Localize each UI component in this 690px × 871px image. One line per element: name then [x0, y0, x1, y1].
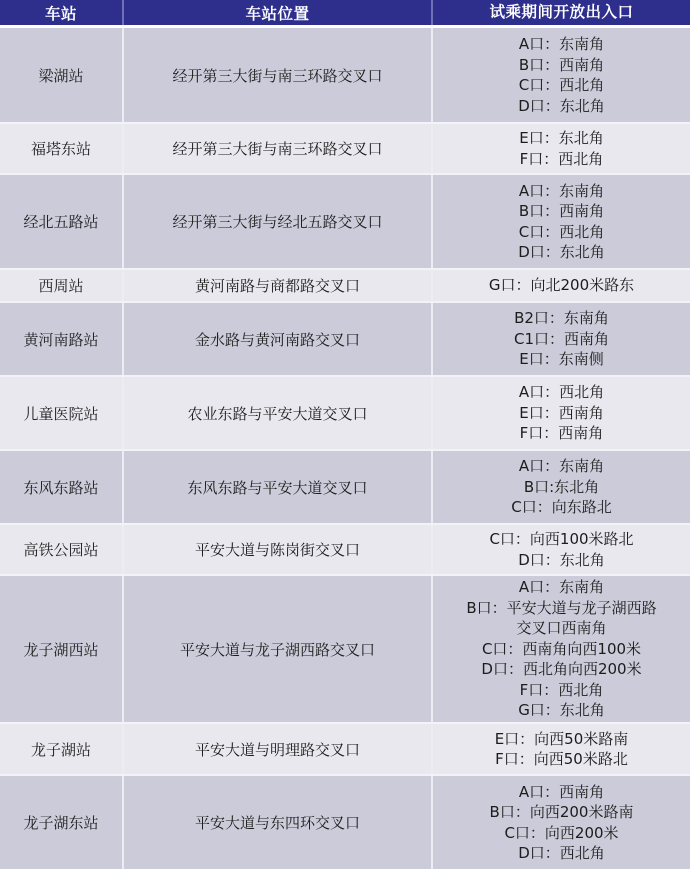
station-exits: E口：东北角 F口：西北角	[431, 124, 690, 173]
header-station: 车站	[0, 0, 122, 25]
station-name: 经北五路站	[0, 175, 122, 268]
exit-item: F口：西北角	[520, 680, 604, 701]
station-name: 福塔东站	[0, 124, 122, 173]
station-exits: A口：西南角 B口：向西200米路南 C口：向西200米 D口：西北角	[431, 776, 690, 869]
station-name: 龙子湖东站	[0, 776, 122, 869]
station-exits: A口：西北角 E口：西南角 F口：西南角	[431, 377, 690, 449]
station-location: 平安大道与龙子湖西路交叉口	[122, 576, 431, 722]
station-location: 经开第三大街与南三环路交叉口	[122, 124, 431, 173]
exit-item: E口：向西50米路南	[495, 729, 629, 750]
station-location: 经开第三大街与经北五路交叉口	[122, 175, 431, 268]
exit-item: B2口：东南角	[514, 308, 609, 329]
table-row: 高铁公园站 平安大道与陈岗街交叉口 C口：向西100米路北 D口：东北角	[0, 525, 690, 576]
table-row: 龙子湖西站 平安大道与龙子湖西路交叉口 A口：东南角 B口：平安大道与龙子湖西路…	[0, 576, 690, 724]
exit-item: B口：西南角	[519, 55, 604, 76]
exit-item: D口：东北角	[518, 96, 605, 117]
exit-item: F口：西北角	[520, 149, 604, 170]
station-name: 黄河南路站	[0, 303, 122, 375]
station-name: 东风东路站	[0, 451, 122, 523]
station-exits: C口：向西100米路北 D口：东北角	[431, 525, 690, 574]
table-row: 儿童医院站 农业东路与平安大道交叉口 A口：西北角 E口：西南角 F口：西南角	[0, 377, 690, 451]
exit-item: B口：平安大道与龙子湖西路	[466, 598, 656, 619]
exit-item: A口：西北角	[519, 382, 604, 403]
station-location: 平安大道与明理路交叉口	[122, 724, 431, 774]
station-location: 黄河南路与商都路交叉口	[122, 270, 431, 301]
exit-item: A口：东南角	[519, 181, 604, 202]
exit-item: D口：东北角	[518, 550, 605, 571]
table-row: 黄河南路站 金水路与黄河南路交叉口 B2口：东南角 C1口：西南角 E口：东南侧	[0, 303, 690, 377]
station-location: 金水路与黄河南路交叉口	[122, 303, 431, 375]
header-exits: 试乘期间开放出入口	[431, 0, 690, 25]
exit-item: C口：向西200米	[504, 823, 618, 844]
table-header: 车站 车站位置 试乘期间开放出入口	[0, 0, 690, 28]
station-location: 平安大道与陈岗街交叉口	[122, 525, 431, 574]
exit-item: C1口：西南角	[514, 329, 609, 350]
table-row: 龙子湖站 平安大道与明理路交叉口 E口：向西50米路南 F口：向西50米路北	[0, 724, 690, 776]
table-row: 东风东路站 东风东路与平安大道交叉口 A口：东南角 B口:东北角 C口：向东路北	[0, 451, 690, 525]
exit-item: B口：西南角	[519, 201, 604, 222]
station-location: 经开第三大街与南三环路交叉口	[122, 28, 431, 122]
exit-item: B口：向西200米路南	[490, 802, 634, 823]
station-name: 高铁公园站	[0, 525, 122, 574]
station-name: 龙子湖站	[0, 724, 122, 774]
station-location: 东风东路与平安大道交叉口	[122, 451, 431, 523]
table-row: 西周站 黄河南路与商都路交叉口 G口：向北200米路东	[0, 270, 690, 303]
exit-item: C口：向东路北	[511, 497, 611, 518]
exit-item: E口：东南侧	[519, 349, 603, 370]
table-row: 龙子湖东站 平安大道与东四环交叉口 A口：西南角 B口：向西200米路南 C口：…	[0, 776, 690, 869]
exit-item: E口：西南角	[519, 403, 603, 424]
station-name: 西周站	[0, 270, 122, 301]
exit-item: D口：西北角	[518, 843, 605, 864]
station-exits: A口：东南角 B口：西南角 C口：西北角 D口：东北角	[431, 28, 690, 122]
exit-item: F口：向西50米路北	[495, 749, 628, 770]
exit-item: C口：西南角向西100米	[482, 639, 641, 660]
header-location: 车站位置	[122, 0, 431, 25]
station-name: 儿童医院站	[0, 377, 122, 449]
station-exits: G口：向北200米路东	[431, 270, 690, 301]
exit-item: E口：东北角	[519, 128, 603, 149]
station-exits: A口：东南角 B口：西南角 C口：西北角 D口：东北角	[431, 175, 690, 268]
station-exits: A口：东南角 B口:东北角 C口：向东路北	[431, 451, 690, 523]
station-name: 梁湖站	[0, 28, 122, 122]
exit-item: A口：西南角	[519, 782, 604, 803]
exit-item: A口：东南角	[519, 34, 604, 55]
exit-item: F口：西南角	[520, 423, 604, 444]
station-location: 平安大道与东四环交叉口	[122, 776, 431, 869]
exit-item: A口：东南角	[519, 456, 604, 477]
exit-item: C口：西北角	[519, 75, 604, 96]
station-location: 农业东路与平安大道交叉口	[122, 377, 431, 449]
station-exits: A口：东南角 B口：平安大道与龙子湖西路 交叉口西南角 C口：西南角向西100米…	[431, 576, 690, 722]
exit-item: A口：东南角	[519, 577, 604, 598]
exit-item: D口：西北角向西200米	[481, 659, 641, 680]
table-row: 福塔东站 经开第三大街与南三环路交叉口 E口：东北角 F口：西北角	[0, 124, 690, 175]
exit-item: C口：西北角	[519, 222, 604, 243]
table-row: 梁湖站 经开第三大街与南三环路交叉口 A口：东南角 B口：西南角 C口：西北角 …	[0, 28, 690, 124]
station-exits: E口：向西50米路南 F口：向西50米路北	[431, 724, 690, 774]
exit-item: C口：向西100米路北	[489, 529, 633, 550]
exit-item: 交叉口西南角	[516, 618, 606, 639]
station-exits-table: 车站 车站位置 试乘期间开放出入口 梁湖站 经开第三大街与南三环路交叉口 A口：…	[0, 0, 690, 869]
exit-item: G口：向北200米路东	[489, 275, 634, 296]
station-exits: B2口：东南角 C1口：西南角 E口：东南侧	[431, 303, 690, 375]
exit-item: D口：东北角	[518, 242, 605, 263]
table-row: 经北五路站 经开第三大街与经北五路交叉口 A口：东南角 B口：西南角 C口：西北…	[0, 175, 690, 270]
exit-item: B口:东北角	[524, 477, 599, 498]
exit-item: G口：东北角	[518, 700, 605, 721]
station-name: 龙子湖西站	[0, 576, 122, 722]
